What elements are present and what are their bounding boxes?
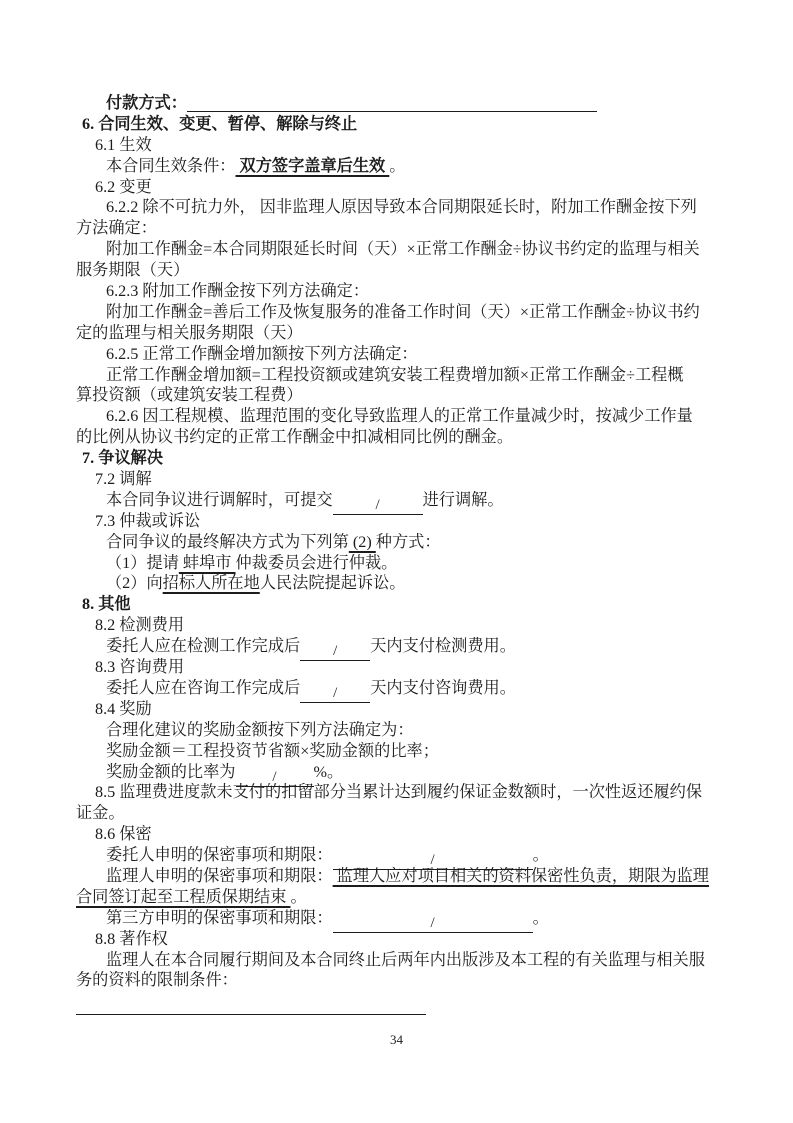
text-segment: 证金。: [76, 804, 125, 822]
text-line: 方法确定：: [76, 218, 717, 239]
fill-in-blank-slash: /: [300, 642, 370, 661]
text-segment: 委托人申明的保密事项和期限：: [106, 846, 333, 864]
text-segment: 8.6 保密: [95, 825, 152, 843]
clause-6-2-5-text: 6.2.5 正常工作酬金增加额按下列方法确定：: [76, 344, 717, 365]
fill-in-blank-slash: /: [333, 914, 533, 933]
text-segment: 的比例从协议书约定的正常工作酬金中扣减相同比例的酬金。: [76, 428, 513, 446]
page-number: 34: [0, 1032, 793, 1048]
clause-6-2-3-text: 6.2.3 附加工作酬金按下列方法确定：: [76, 281, 717, 302]
text-segment: 双方签字盖章后生效: [236, 157, 390, 175]
formula-reward: 奖励金额＝工程投资节省额×奖励金额的比率；: [76, 741, 717, 762]
client-confidentiality-line: 委托人申明的保密事项和期限：/。: [76, 845, 717, 866]
clause-8-3-heading: 8.3 咨询费用: [76, 657, 717, 678]
text-segment: 6.2.5 正常工作酬金增加额按下列方法确定：: [106, 345, 418, 363]
text-segment: （1）提请: [106, 554, 179, 572]
text-segment: 附加工作酬金=本合同期限延长时间（天）×正常工作酬金÷协议书约定的监理与相关: [106, 240, 700, 258]
fill-in-blank-slash: /: [333, 496, 423, 515]
text-segment: 合同签订起至工程质保期结束: [76, 888, 290, 906]
text-segment: 委托人应在咨询工作完成后: [106, 679, 300, 697]
text-segment: 人民法院提起诉讼。: [260, 574, 406, 592]
text-line: 证金。: [76, 803, 717, 824]
text-segment: 委托人应在检测工作完成后: [106, 637, 300, 655]
text-line: 服务期限（天）: [76, 260, 717, 281]
clause-7-3-text: 合同争议的最终解决方式为下列第 (2) 种方式：: [76, 532, 717, 553]
text-segment: 第三方申明的保密事项和期限：: [106, 909, 333, 927]
text-segment: 服务期限（天）: [76, 261, 189, 279]
text-segment: 本合同生效条件：: [106, 157, 236, 175]
text-segment: 天内支付咨询费用。: [370, 679, 516, 697]
formula-normal-fee-increase: 正常工作酬金增加额=工程投资额或建筑安装工程费增加额×正常工作酬金÷工程概: [76, 365, 717, 386]
text-segment: 天内支付检测费用。: [370, 637, 516, 655]
text-segment: 算投资额（或建筑安装工程费）: [76, 386, 303, 404]
text-segment: 6.2.2 除不可抗力外， 因非监理人原因导致本合同期限延长时，附加工作酬金按下…: [106, 198, 697, 216]
section-6-heading: 6. 合同生效、变更、暂停、解除与终止: [76, 114, 717, 135]
text-line: 的比例从协议书约定的正常工作酬金中扣减相同比例的酬金。: [76, 427, 717, 448]
clause-8-2-heading: 8.2 检测费用: [76, 615, 717, 636]
text-segment: 仲裁委员会进行仲裁。: [236, 554, 398, 572]
text-segment: 奖励金额的比率为: [106, 763, 236, 781]
text-segment: 。: [533, 909, 549, 927]
text-segment: 方法确定：: [76, 219, 157, 237]
text-segment: 8.8 著作权: [95, 930, 168, 948]
text-segment: 合同争议的最终解决方式为下列第: [106, 533, 349, 551]
text-segment: 7.3 仲裁或诉讼: [95, 512, 200, 530]
payment-method-line: 付款方式：: [76, 93, 717, 114]
text-segment: 本合同争议进行调解时，可提交: [106, 491, 333, 509]
text-segment: 监理人申明的保密事项和期限：: [106, 867, 333, 885]
clause-6-2-6-text: 6.2.6 因工程规模、监理范围的变化导致监理人的正常工作量减少时，按减少工作量: [76, 406, 717, 427]
text-line: 务的资料的限制条件：: [76, 970, 717, 991]
text-segment: 定的监理与相关服务期限（天）: [76, 324, 303, 342]
clause-6-2-2-text: 6.2.2 除不可抗力外， 因非监理人原因导致本合同期限延长时，附加工作酬金按下…: [76, 197, 717, 218]
text-segment: %。: [314, 763, 344, 781]
text-segment: 蚌埠市: [179, 554, 236, 572]
clause-8-8-text: 监理人在本合同履行期间及本合同终止后两年内出版涉及本工程的有关监理与相关服: [76, 950, 717, 971]
clause-7-2-heading: 7.2 调解: [76, 469, 717, 490]
formula-additional-fee: 附加工作酬金=本合同期限延长时间（天）×正常工作酬金÷协议书约定的监理与相关: [76, 239, 717, 260]
text-segment: 7. 争议解决: [82, 449, 163, 467]
section-7-heading: 7. 争议解决: [76, 448, 717, 469]
clause-6-1-heading: 6.1 生效: [76, 135, 717, 156]
third-party-confidentiality-line: 第三方申明的保密事项和期限：/。: [76, 908, 717, 929]
text-segment: 合理化建议的奖励金额按下列方法确定为：: [106, 721, 414, 739]
text-segment: 6.1 生效: [95, 136, 152, 154]
fill-in-blank-slash: /: [300, 684, 370, 703]
text-segment: 。: [290, 888, 306, 906]
restriction-blank-line: [76, 996, 717, 1017]
text-line: 算投资额（或建筑安装工程费）: [76, 385, 717, 406]
clause-7-2-text: 本合同争议进行调解时，可提交/进行调解。: [76, 490, 717, 511]
clause-8-3-text: 委托人应在咨询工作完成后/天内支付咨询费用。: [76, 678, 717, 699]
text-segment: 6.2.3 附加工作酬金按下列方法确定：: [106, 282, 369, 300]
text-segment: 付款方式：: [106, 94, 187, 112]
supervisor-confidentiality-line: 监理人申明的保密事项和期限： 监理人应对项目相关的资料保密性负责，期限为监理: [76, 866, 717, 887]
text-segment: 8.3 咨询费用: [95, 658, 184, 676]
fill-in-blank: [76, 996, 426, 1015]
text-segment: 监理人应对项目相关的资料保密性负责，期限为监理: [333, 867, 709, 885]
clause-6-1-text: 本合同生效条件： 双方签字盖章后生效 。: [76, 156, 717, 177]
text-segment: 正常工作酬金增加额=工程投资额或建筑安装工程费增加额×正常工作酬金÷工程概: [106, 366, 684, 384]
text-segment: 6.2 变更: [95, 178, 152, 196]
text-segment: 种方式：: [376, 533, 441, 551]
formula-additional-fee-2: 附加工作酬金=善后工作及恢复服务的准备工作时间（天）×正常工作酬金÷协议书约: [76, 302, 717, 323]
text-segment: 进行调解。: [423, 491, 504, 509]
text-segment: 8.4 奖励: [95, 700, 152, 718]
fill-in-blank: [187, 93, 597, 112]
clause-6-2-heading: 6.2 变更: [76, 177, 717, 198]
clause-8-2-text: 委托人应在检测工作完成后/天内支付检测费用。: [76, 636, 717, 657]
document-body: 付款方式：6. 合同生效、变更、暂停、解除与终止6.1 生效本合同生效条件： 双…: [76, 93, 717, 1017]
text-segment: 。: [389, 157, 405, 175]
text-segment: 7.2 调解: [95, 470, 152, 488]
text-segment: 务的资料的限制条件：: [76, 971, 238, 989]
text-segment: 监理人在本合同履行期间及本合同终止后两年内出版涉及本工程的有关监理与相关服: [106, 951, 705, 969]
clause-8-6-heading: 8.6 保密: [76, 824, 717, 845]
arbitration-option-1: （1）提请 蚌埠市 仲裁委员会进行仲裁。: [76, 553, 717, 574]
text-segment: （2）向: [106, 574, 163, 592]
text-line: 定的监理与相关服务期限（天）: [76, 323, 717, 344]
document-page: 付款方式：6. 合同生效、变更、暂停、解除与终止6.1 生效本合同生效条件： 双…: [0, 0, 793, 1123]
text-segment: (2): [349, 533, 376, 551]
text-segment: 奖励金额＝工程投资节省额×奖励金额的比率；: [106, 742, 439, 760]
text-segment: 。: [533, 846, 549, 864]
text-segment: 6. 合同生效、变更、暂停、解除与终止: [82, 115, 357, 133]
section-8-heading: 8. 其他: [76, 594, 717, 615]
reward-ratio-text: 奖励金额的比率为/%。: [76, 762, 717, 783]
text-line: 合同签订起至工程质保期结束 。: [76, 887, 717, 908]
arbitration-option-2: （2）向招标人所在地人民法院提起诉讼。: [76, 573, 717, 594]
text-segment: 6.2.6 因工程规模、监理范围的变化导致监理人的正常工作量减少时，按减少工作量: [106, 407, 693, 425]
text-segment: 8.2 检测费用: [95, 616, 184, 634]
text-segment: 8.5 监理费进度款未支付的扣留部分当累计达到履约保证金数额时，一次性返还履约保: [95, 783, 702, 801]
clause-8-4-heading: 8.4 奖励: [76, 699, 717, 720]
text-segment: 招标人所在地: [163, 574, 260, 592]
text-segment: 8. 其他: [82, 595, 131, 613]
text-line: 合理化建议的奖励金额按下列方法确定为：: [76, 720, 717, 741]
clause-8-5-text: 8.5 监理费进度款未支付的扣留部分当累计达到履约保证金数额时，一次性返还履约保: [76, 782, 717, 803]
text-segment: 附加工作酬金=善后工作及恢复服务的准备工作时间（天）×正常工作酬金÷协议书约: [106, 303, 700, 321]
